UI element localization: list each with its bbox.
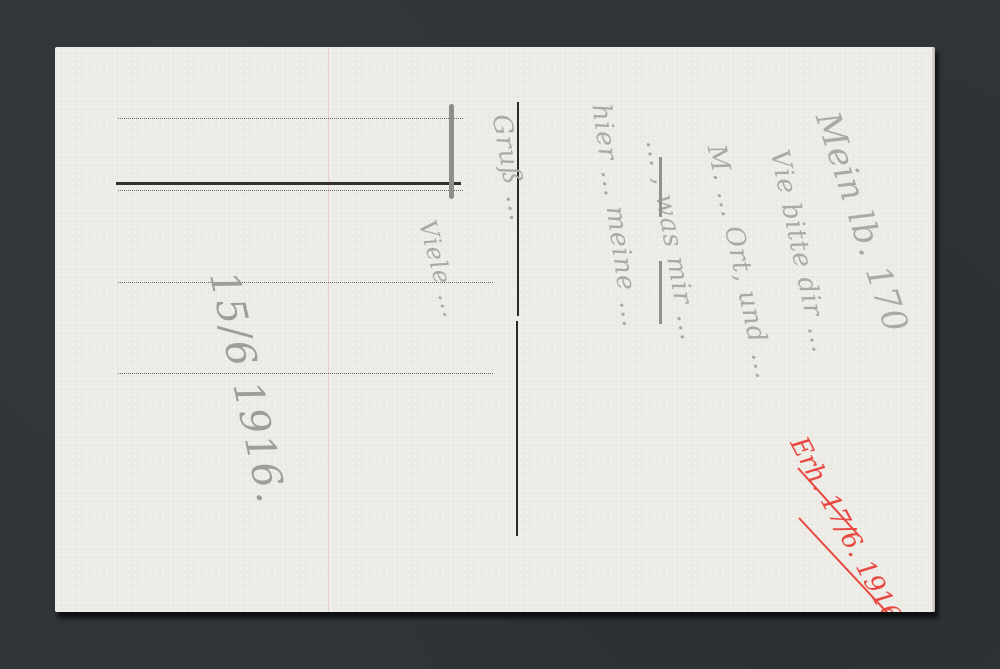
- pencil-date: 15/6 1916.: [200, 267, 294, 508]
- address-line-1: [118, 118, 463, 119]
- pencil-dash: [659, 157, 662, 217]
- message-line: Gruß ...: [485, 112, 533, 224]
- faint-pink-rule: [328, 47, 329, 612]
- pencil-dash: [659, 261, 662, 324]
- message-line: M. ... Ort, und ...: [701, 142, 780, 382]
- postcard-back: 15/6 1916. Mein lb. 170 Vie bitte dir ..…: [55, 47, 935, 612]
- message-line: hier ... meine ...: [585, 102, 646, 330]
- address-line-4: [118, 373, 493, 374]
- message-line: Viele ...: [413, 217, 466, 321]
- center-divider-bottom: [516, 321, 518, 536]
- pencil-tick-mark: [449, 104, 454, 199]
- address-line-heavy: [116, 182, 461, 185]
- card-edge: [932, 47, 935, 612]
- message-line: ... , was mir ...: [639, 137, 704, 344]
- address-line-2: [118, 190, 463, 191]
